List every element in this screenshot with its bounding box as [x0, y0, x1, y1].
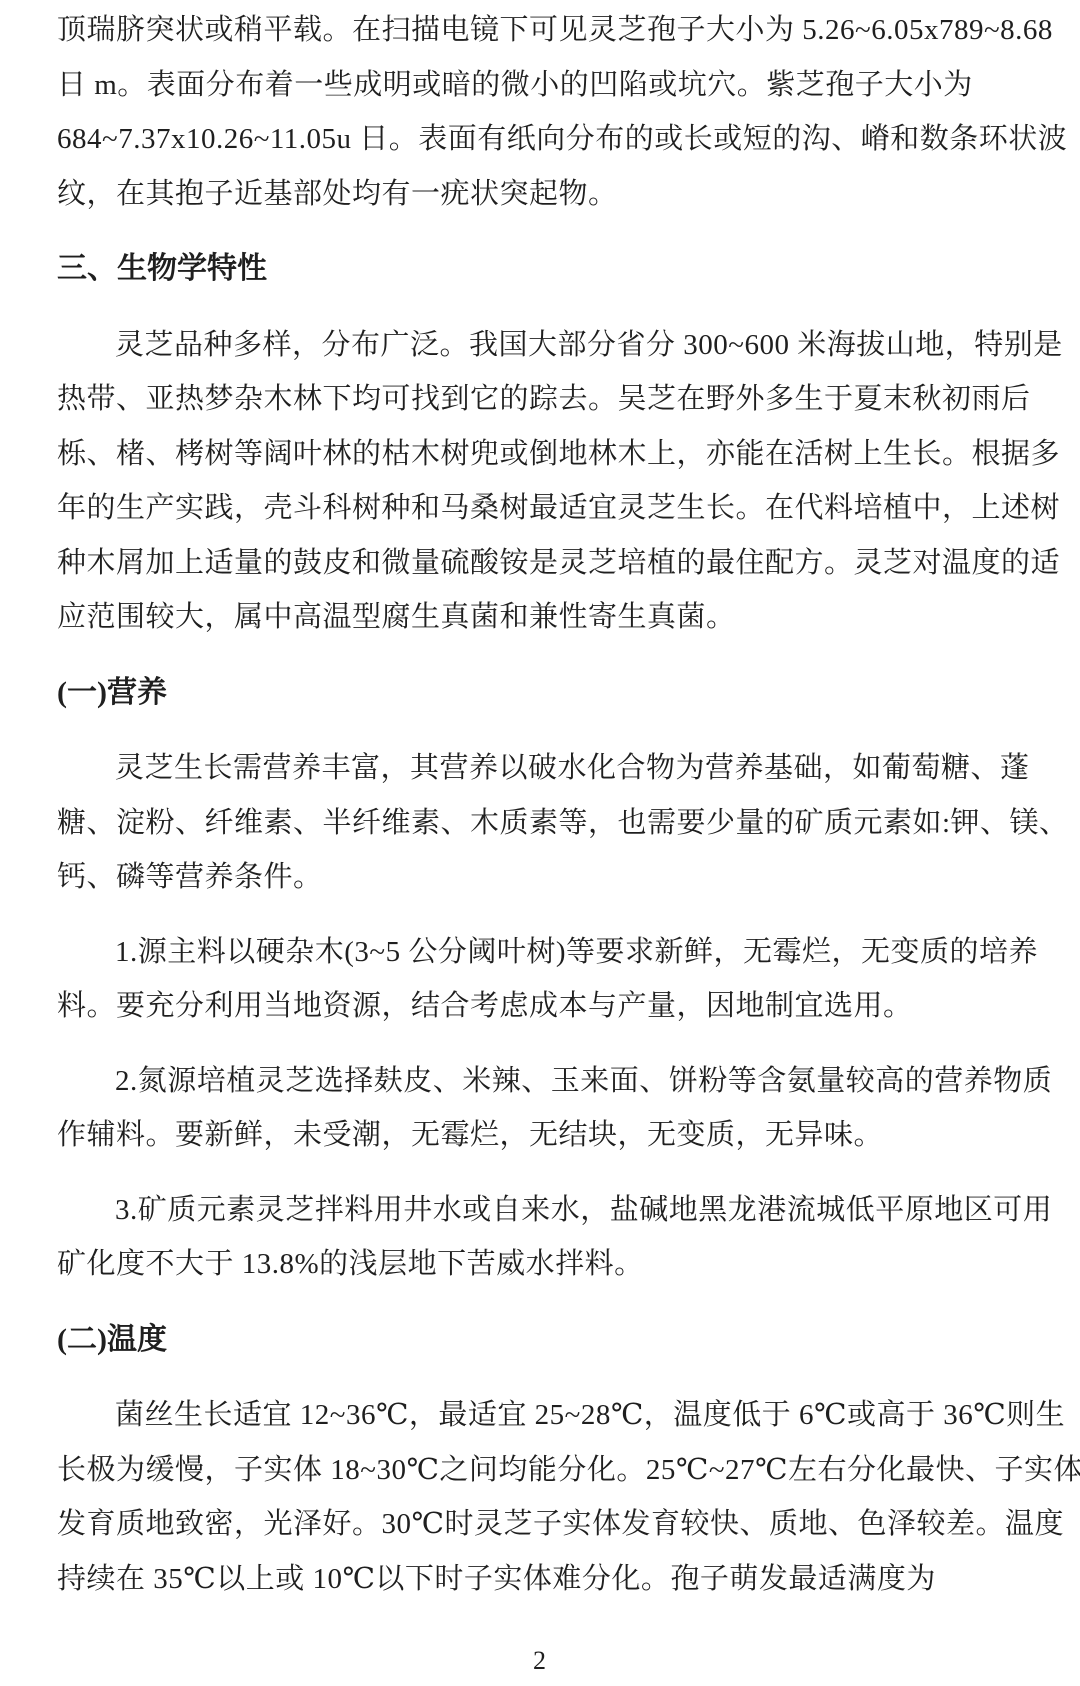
- paragraph-item-3-mineral-elements: 3.矿质元素灵芝拌料用井水或自来水，盐碱地黑龙港流城低平原地区可用 矿化度不大于…: [57, 1183, 1022, 1292]
- text-line: 3.矿质元素灵芝拌料用井水或自来水，盐碱地黑龙港流城低平原地区可用: [57, 1183, 1022, 1238]
- page-number: 2: [57, 1638, 1022, 1684]
- text-line: 灵芝品种多样，分布广泛。我国大部分省分 300~600 米海拔山地，特别是: [57, 318, 1022, 373]
- paragraph-temperature-details: 菌丝生长适宜 12~36℃，最适宜 25~28℃，温度低于 6℃或高于 36℃则…: [57, 1388, 1022, 1606]
- text-line: 栎、楮、栲树等阔叶林的枯木树兜或倒地林木上，亦能在活树上生长。根据多: [57, 427, 1022, 482]
- text-line: 发育质地致密，光泽好。30℃时灵芝子实体发育较快、质地、色泽较差。温度: [57, 1497, 1022, 1552]
- paragraph-distribution: 灵芝品种多样，分布广泛。我国大部分省分 300~600 米海拔山地，特别是 热带…: [57, 318, 1022, 645]
- paragraph-spore-description: 顶瑞脐突状或稍平载。在扫描电镜下可见灵芝孢子大小为 5.26~6.05x789~…: [57, 3, 1022, 221]
- text-line: 灵芝生长需营养丰富，其营养以破水化合物为营养基础，如葡萄糖、蓬: [57, 741, 1022, 796]
- text-line: 持续在 35℃以上或 10℃以下时子实体难分化。孢子萌发最适满度为: [57, 1552, 1022, 1607]
- text-line: 热带、亚热梦杂木林下均可找到它的踪去。吴芝在野外多生于夏末秋初雨后: [57, 372, 1022, 427]
- text-line: 684~7.37x10.26~11.05u 日。表面有纸向分布的或长或短的沟、嵴…: [57, 112, 1022, 167]
- text-line: 种木屑加上适量的鼓皮和微量硫酸铵是灵芝培植的最住配方。灵芝对温度的适: [57, 536, 1022, 591]
- paragraph-nutrition-overview: 灵芝生长需营养丰富，其营养以破水化合物为营养基础，如葡萄糖、蓬 糖、淀粉、纤维素…: [57, 741, 1022, 905]
- text-line: 作辅料。要新鲜，未受潮，无霉烂，无结块，无变质，无异味。: [57, 1108, 1022, 1163]
- text-line: 1.源主料以硬杂木(3~5 公分阈叶树)等要求新鲜，无霉烂，无变质的培养: [57, 925, 1022, 980]
- text-line: 钙、磷等营养条件。: [57, 850, 1022, 905]
- text-line: 糖、淀粉、纤维素、半纤维素、木质素等，也需要少量的矿质元素如:钾、镁、: [57, 796, 1022, 851]
- text-line: 顶瑞脐突状或稍平载。在扫描电镜下可见灵芝孢子大小为 5.26~6.05x789~…: [57, 3, 1022, 58]
- text-line: 纹，在其抱子近基部处均有一疣状突起物。: [57, 167, 1022, 222]
- text-line: 日 m。表面分布着一些成明或暗的微小的凹陷或坑穴。紫芝孢子大小为: [57, 58, 1022, 113]
- document-page: 顶瑞脐突状或稍平载。在扫描电镜下可见灵芝孢子大小为 5.26~6.05x789~…: [0, 0, 1080, 1686]
- text-line: 料。要充分利用当地资源，结合考虑成本与产量，因地制宜选用。: [57, 979, 1022, 1034]
- text-line: 矿化度不大于 13.8%的浅层地下苦威水拌料。: [57, 1237, 1022, 1292]
- paragraph-item-2-nitrogen-source: 2.氮源培植灵芝选择麸皮、米辣、玉来面、饼粉等含氨量较高的营养物质 作辅料。要新…: [57, 1054, 1022, 1163]
- text-line: 长极为缓慢，子实体 18~30℃之问均能分化。25℃~27℃左右分化最快、子实体: [57, 1443, 1022, 1498]
- section-heading-biological-characteristics: 三、生物学特性: [57, 242, 1022, 297]
- text-line: 菌丝生长适宜 12~36℃，最适宜 25~28℃，温度低于 6℃或高于 36℃则…: [57, 1388, 1022, 1443]
- text-line: 2.氮源培植灵芝选择麸皮、米辣、玉来面、饼粉等含氨量较高的营养物质: [57, 1054, 1022, 1109]
- section-heading-nutrition: (一)营养: [57, 666, 1022, 721]
- text-line: 应范围较大，属中高温型腐生真菌和兼性寄生真菌。: [57, 590, 1022, 645]
- text-line: 年的生产实践，壳斗科树种和马桑树最适宜灵芝生长。在代料培植中，上述树: [57, 481, 1022, 536]
- section-heading-temperature: (二)温度: [57, 1313, 1022, 1368]
- paragraph-item-1-carbon-source: 1.源主料以硬杂木(3~5 公分阈叶树)等要求新鲜，无霉烂，无变质的培养 料。要…: [57, 925, 1022, 1034]
